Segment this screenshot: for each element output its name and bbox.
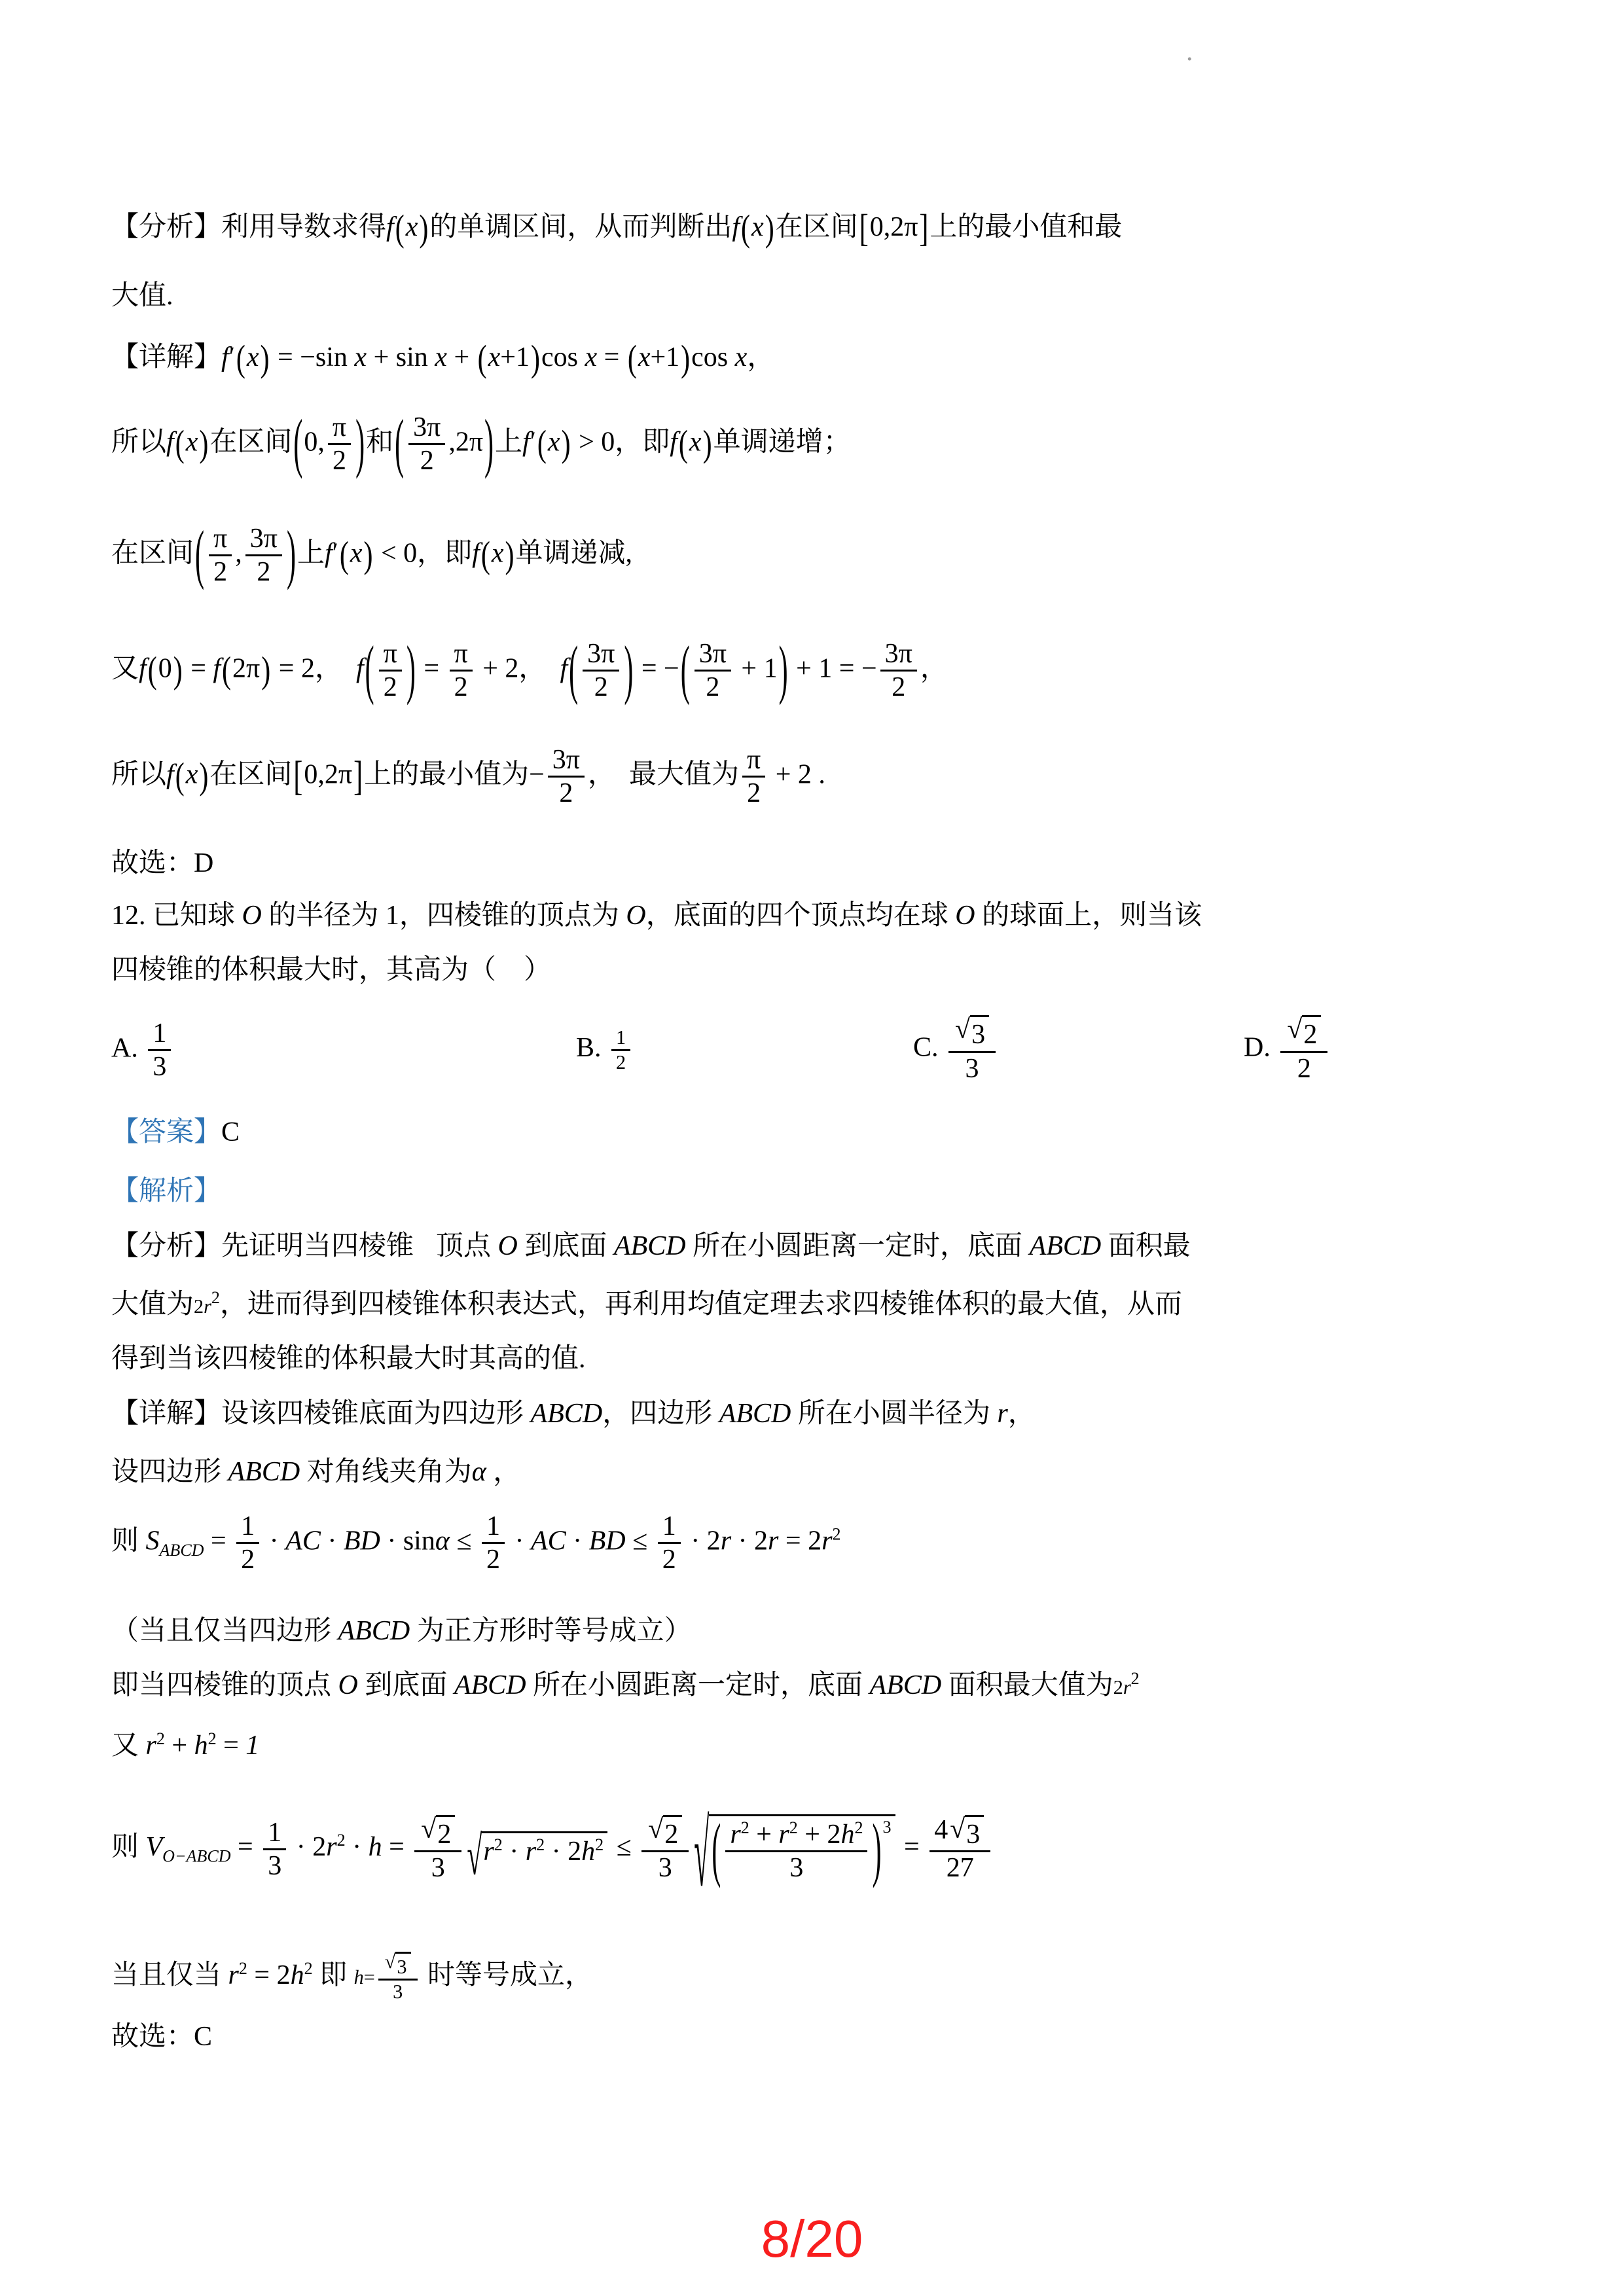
page-number: 8/20 (0, 2209, 1624, 2269)
radical-sign: √ (385, 1952, 396, 1973)
r2-h2-line: 又 r2 + h2 = 1 (111, 1729, 259, 1761)
document-page: . 【分析】利用导数求得f(x)的单调区间，从而判断出f(x)在区间[0,2π]… (0, 0, 1624, 2296)
function-values-line: 又f(0) = f(2π) = 2， f(π2) = π2 + 2， f(3π2… (111, 638, 948, 704)
decrease-interval-line: 在区间(π2,3π2)上f′(x) < 0，即f(x)单调递减, (111, 523, 632, 588)
question-12-line-1: 12. 已知球 O 的半径为 1，四棱锥的顶点为 O，底面的四个顶点均在球 O … (111, 900, 1202, 931)
analysis-line-1: 【分析】利用导数求得f(x)的单调区间，从而判断出f(x)在区间[0,2π]上的… (111, 211, 1122, 245)
equality-h-line: 当且仅当 r2 = 2h2 即 h=√33 时等号成立， (111, 1952, 592, 2003)
q12-analysis-line-1: 【分析】先证明当四棱锥顶点 O 到底面 ABCD 所在小圆距离一定时，底面 AB… (111, 1230, 1191, 1262)
q12-analysis-line-3: 得到当该四棱锥的体积最大时其高的值. (111, 1343, 586, 1374)
option-d: D. √22 (1244, 1015, 1331, 1085)
radical-sign: √ (950, 1815, 965, 1844)
radical-sign: √ (421, 1815, 436, 1844)
option-c: C. √33 (913, 1015, 999, 1085)
option-a: A. 13 (111, 1018, 174, 1083)
jiexi-label-line: 【解析】 (111, 1175, 221, 1207)
answer-d-line: 故选：D (111, 848, 213, 879)
radical-sign: √ (467, 1828, 482, 1886)
radical-sign: √ (1287, 1015, 1302, 1044)
min-max-line: 所以f(x)在区间[0,2π]上的最小值为−3π2， 最大值为π2 + 2 . (111, 744, 825, 810)
q12-analysis-line-2: 大值为2r2，进而得到四棱锥体积表达式，再利用均值定理去求四棱锥体积的最大值，从… (111, 1288, 1182, 1320)
volume-formula-line: 则 VO−ABCD = 13 · 2r2 · h = √23√r2 · r2 ·… (111, 1814, 994, 1884)
area-formula-line: 则 SABCD = 12 · AC · BD · sinα ≤ 12 · AC … (111, 1511, 840, 1576)
radical-sign: √ (648, 1815, 663, 1844)
answer-c-line: 故选：C (111, 2021, 212, 2053)
option-b: B. 12 (576, 1026, 634, 1074)
increase-interval-line: 所以f(x)在区间(0,π2)和(3π2,2π)上f′(x) > 0，即f(x)… (111, 412, 851, 477)
q12-detail-line-1: 【详解】设该四棱锥底面为四边形 ABCD，四边形 ABCD 所在小圆半径为 r， (111, 1398, 1036, 1429)
detail-derivative-line: 【详解】f′(x) = −sin x + sin x + (x+1)cos x … (111, 342, 774, 376)
radical-sign: √ (694, 1807, 709, 1905)
equality-square-line: （当且仅当四边形 ABCD 为正方形时等号成立） (111, 1615, 692, 1647)
stray-dot: . (1186, 36, 1193, 67)
answer-label-line: 【答案】C (111, 1117, 240, 1148)
analysis-line-2: 大值. (111, 280, 173, 312)
question-12-line-2: 四棱锥的体积最大时，其高为（ ） (111, 954, 551, 986)
q12-detail-line-2: 设四边形 ABCD 对角线夹角为α ， (111, 1456, 520, 1488)
max-area-line: 即当四棱锥的顶点 O 到底面 ABCD 所在小圆距离一定时，底面 ABCD 面积… (111, 1669, 1140, 1701)
radical-sign: √ (955, 1015, 970, 1044)
